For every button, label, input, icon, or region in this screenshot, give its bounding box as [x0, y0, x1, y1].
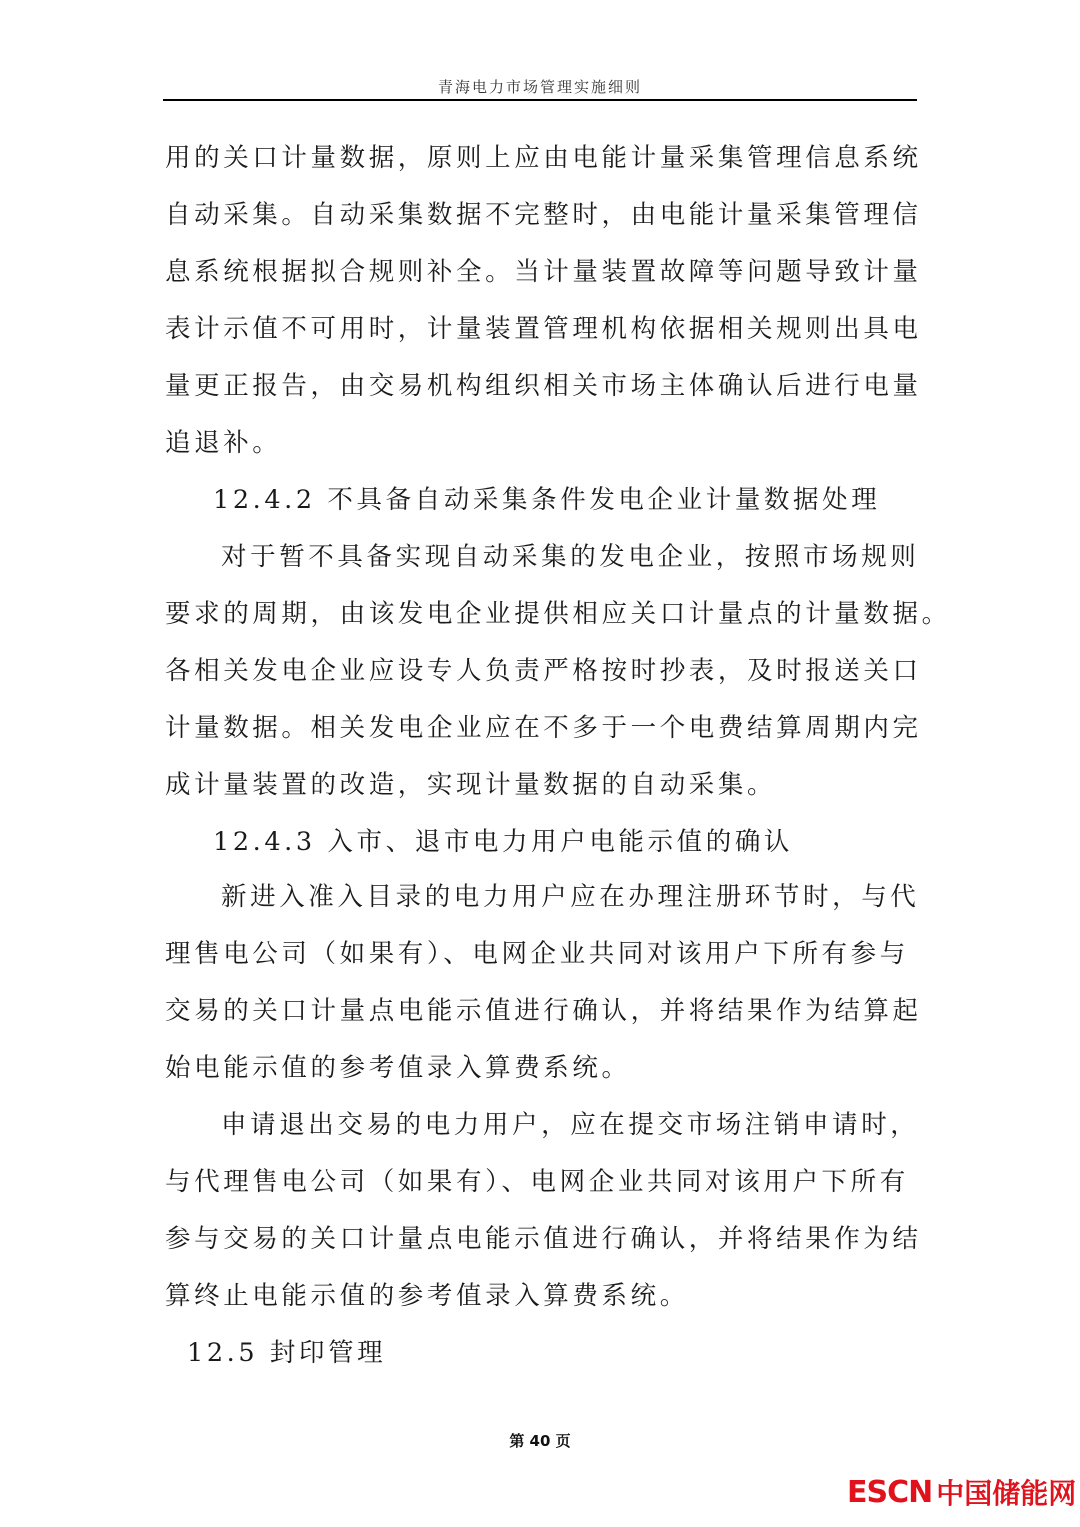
logo-text-en: ESCN [847, 1475, 932, 1510]
text-line: 表计示值不可用时，计量装置管理机构依据相关规则出具电 [165, 312, 922, 346]
text-line: 对于暂不具备实现自动采集的发电企业，按照市场规则 [221, 540, 919, 574]
text-line: 量更正报告，由交易机构组织相关市场主体确认后进行电量 [165, 369, 922, 403]
text-line: 12.4.2 不具备自动采集条件发电企业计量数据处理 [213, 483, 880, 517]
text-line: 12.4.3 入市、退市电力用户电能示值的确认 [213, 825, 793, 859]
header-divider [163, 99, 917, 101]
text-line: 与代理售电公司（如果有）、电网企业共同对该用户下所有 [165, 1165, 909, 1199]
logo-text-cn: 中国储能网 [936, 1472, 1076, 1512]
text-line: 新进入准入目录的电力用户应在办理注册环节时，与代 [221, 880, 919, 914]
text-line: 息系统根据拟合规则补全。当计量装置故障等问题导致计量 [165, 255, 922, 289]
header-title: 青海电力市场管理实施细则 [0, 76, 1080, 97]
text-line: 参与交易的关口计量点电能示值进行确认，并将结果作为结 [165, 1222, 922, 1256]
text-line: 始电能示值的参考值录入算费系统。 [165, 1051, 631, 1085]
text-line: 申请退出交易的电力用户，应在提交市场注销申请时， [221, 1108, 919, 1142]
text-line: 要求的周期，由该发电企业提供相应关口计量点的计量数据。 [165, 597, 951, 631]
text-line: 各相关发电企业应设专人负责严格按时抄表，及时报送关口 [165, 654, 922, 688]
text-line: 理售电公司（如果有）、电网企业共同对该用户下所有参与 [165, 937, 909, 971]
page-number: 第 40 页 [0, 1430, 1080, 1451]
watermark-logo: ESCN 中国储能网 [847, 1475, 1076, 1509]
text-line: 计量数据。相关发电企业应在不多于一个电费结算周期内完 [165, 711, 922, 745]
text-line: 用的关口计量数据，原则上应由电能计量采集管理信息系统 [165, 141, 922, 175]
text-line: 自动采集。自动采集数据不完整时，由电能计量采集管理信 [165, 198, 922, 232]
text-line: 12.5 封印管理 [187, 1336, 386, 1370]
text-line: 算终止电能示值的参考值录入算费系统。 [165, 1279, 689, 1313]
text-line: 成计量装置的改造，实现计量数据的自动采集。 [165, 768, 776, 802]
text-line: 交易的关口计量点电能示值进行确认，并将结果作为结算起 [165, 994, 922, 1028]
text-line: 追退补。 [165, 426, 281, 460]
